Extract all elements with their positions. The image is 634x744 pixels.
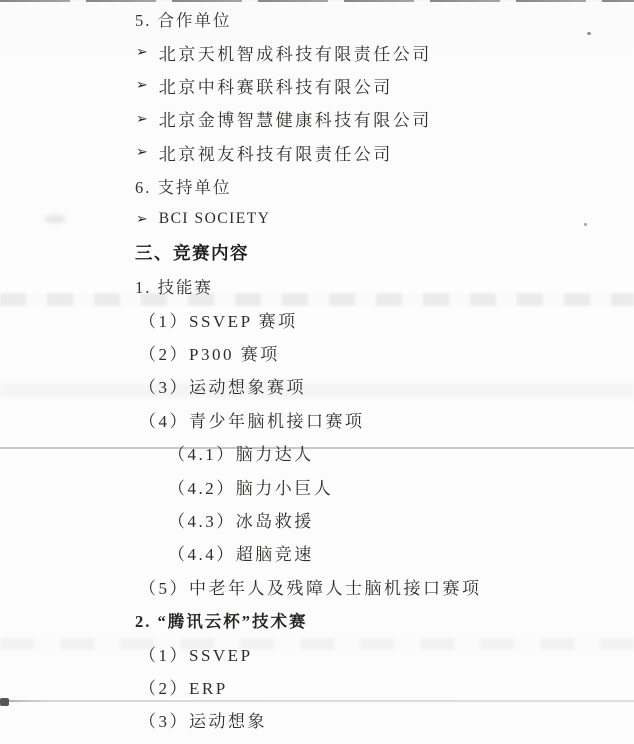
competition-sub-item: （4.1）脑力达人	[0, 436, 634, 469]
list-item-company: ➢ 北京中科赛联科技有限公司	[0, 69, 634, 102]
section-heading-text: 1. 技能赛	[135, 274, 213, 298]
competition-item-text: （2）P300 赛项	[139, 340, 280, 365]
section-heading-tencent-cloud-cup: 2. “腾讯云杯”技术赛	[0, 603, 634, 636]
competition-item-text: （3）运动想象赛项	[139, 373, 306, 398]
competition-sub-item-text: （4.1）脑力达人	[168, 440, 314, 465]
document-body: 5. 合作单位 ➢ 北京天机智成科技有限责任公司 ➢ 北京中科赛联科技有限公司 …	[0, 2, 634, 737]
competition-item: （3）运动想象赛项	[0, 369, 634, 402]
competition-item-text: （5）中老年人及残障人士脑机接口赛项	[139, 574, 482, 599]
section-heading-text: 5. 合作单位	[135, 7, 232, 31]
section-heading-cooperating-units: 5. 合作单位	[0, 2, 634, 35]
section-heading-text: 2. “腾讯云杯”技术赛	[135, 608, 308, 632]
company-name-text: 北京金博智慧健康科技有限公司	[159, 106, 432, 131]
competition-item: （1）SSVEP 赛项	[0, 303, 634, 336]
competition-item-text: （1）SSVEP	[139, 641, 253, 666]
list-item-company: ➢ 北京天机智成科技有限责任公司	[0, 35, 634, 68]
list-item-company: ➢ 北京视友科技有限责任公司	[0, 136, 634, 169]
competition-item: （4）青少年脑机接口赛项	[0, 403, 634, 436]
section-heading-text: 6. 支持单位	[135, 174, 232, 198]
organization-name-text: BCI SOCIETY	[159, 210, 271, 228]
company-name-text: 北京天机智成科技有限责任公司	[159, 40, 432, 65]
arrow-bullet-icon: ➢	[136, 145, 148, 160]
section-heading-supporting-units: 6. 支持单位	[0, 169, 634, 202]
competition-item-text: （4）青少年脑机接口赛项	[139, 407, 365, 432]
competition-item: （5）中老年人及残障人士脑机接口赛项	[0, 570, 634, 603]
chapter-heading-competition-content: 三、竞赛内容	[0, 236, 634, 269]
competition-item-text: （1）SSVEP 赛项	[139, 307, 298, 332]
arrow-bullet-icon: ➢	[136, 211, 148, 226]
competition-sub-item: （4.2）脑力小巨人	[0, 469, 634, 502]
arrow-bullet-icon: ➢	[136, 44, 148, 59]
scanned-document-page: 5. 合作单位 ➢ 北京天机智成科技有限责任公司 ➢ 北京中科赛联科技有限公司 …	[0, 0, 634, 744]
competition-sub-item-text: （4.2）脑力小巨人	[168, 474, 333, 499]
competition-item: （3）运动想象	[0, 703, 634, 736]
competition-item: （2）ERP	[0, 670, 634, 703]
list-item-organization: ➢ BCI SOCIETY	[0, 202, 634, 235]
competition-item: （2）P300 赛项	[0, 336, 634, 369]
section-heading-skill-competition: 1. 技能赛	[0, 269, 634, 302]
competition-sub-item-text: （4.4）超脑竞速	[168, 540, 314, 565]
chapter-heading-text: 三、竞赛内容	[135, 240, 249, 265]
list-item-company: ➢ 北京金博智慧健康科技有限公司	[0, 102, 634, 135]
company-name-text: 北京视友科技有限责任公司	[159, 140, 393, 165]
competition-item-text: （3）运动想象	[139, 707, 267, 732]
competition-sub-item: （4.3）冰岛救援	[0, 503, 634, 536]
competition-item: （1）SSVEP	[0, 636, 634, 669]
competition-item-text: （2）ERP	[139, 674, 228, 699]
competition-sub-item: （4.4）超脑竞速	[0, 536, 634, 569]
arrow-bullet-icon: ➢	[136, 78, 148, 93]
competition-sub-item-text: （4.3）冰岛救援	[168, 507, 314, 532]
arrow-bullet-icon: ➢	[136, 111, 148, 126]
company-name-text: 北京中科赛联科技有限公司	[159, 73, 393, 98]
